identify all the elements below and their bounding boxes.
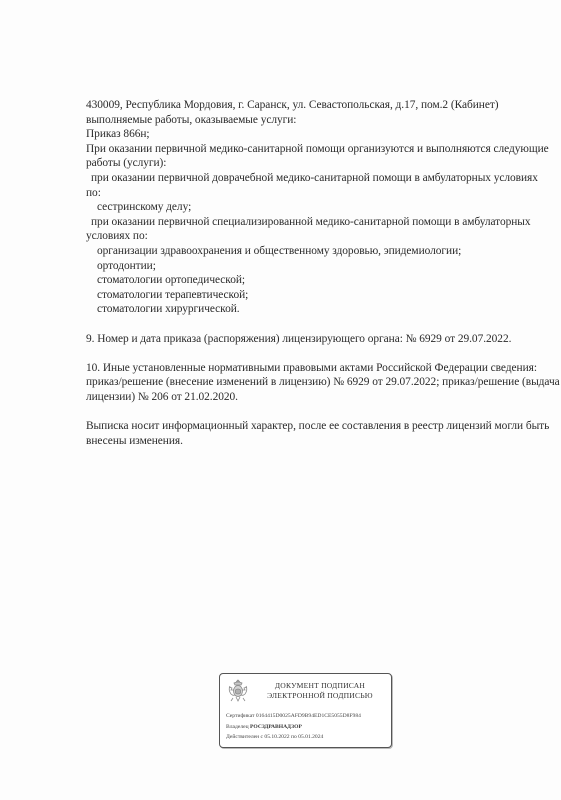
stamp-title: ДОКУМЕНТ ПОДПИСАН ЭЛЕКТРОННОЙ ПОДПИСЬЮ — [254, 681, 386, 701]
section-a-item: сестринскому делу; — [86, 200, 526, 215]
item-10-line-1: 10. Иные установленные нормативными прав… — [86, 361, 526, 376]
order-reference: Приказ 866н; — [86, 127, 526, 142]
certificate-label: Сертификат — [226, 713, 254, 719]
document-body: 430009, Республика Мордовия, г. Саранск,… — [86, 98, 526, 448]
stamp-details: Сертификат 0164415D0025AFD9B94ED1CE5055D… — [226, 711, 388, 743]
electronic-signature-stamp: ДОКУМЕНТ ПОДПИСАН ЭЛЕКТРОННОЙ ПОДПИСЬЮ С… — [219, 673, 392, 748]
stamp-title-line-1: ДОКУМЕНТ ПОДПИСАН — [254, 681, 386, 691]
item-10-line-2: приказ/решение (внесение изменений в лиц… — [86, 375, 526, 390]
certificate-value: 0164415D0025AFD9B94ED1CE5055D8F984 — [256, 713, 361, 719]
section-b-heading-continued: условиях по: — [86, 229, 526, 244]
section-b-item: стоматологии ортопедической; — [86, 273, 526, 288]
works-label: выполняемые работы, оказываемые услуги: — [86, 113, 526, 128]
section-b-item: организации здравоохранения и общественн… — [86, 244, 526, 259]
address-line: 430009, Республика Мордовия, г. Саранск,… — [86, 98, 526, 113]
stamp-title-line-2: ЭЛЕКТРОННОЙ ПОДПИСЬЮ — [254, 691, 386, 701]
owner-row: Владелец РОСЗДРАВНАДЗОР — [226, 722, 388, 733]
section-a-heading: при оказании первичной доврачебной медик… — [86, 171, 526, 186]
coat-of-arms-icon — [227, 678, 249, 704]
owner-label: Владелец — [226, 724, 249, 730]
section-b-heading: при оказании первичной специализированно… — [86, 215, 526, 230]
disclaimer-line-2: внесены изменения. — [86, 434, 526, 449]
owner-value: РОСЗДРАВНАДЗОР — [250, 724, 302, 730]
intro-text-continued: работы (услуги): — [86, 156, 526, 171]
section-b-item: ортодонтии; — [86, 259, 526, 274]
section-a-heading-continued: по: — [86, 186, 526, 201]
document-page: 430009, Республика Мордовия, г. Саранск,… — [0, 0, 561, 800]
item-10-line-3: лицензии) № 206 от 21.02.2020. — [86, 390, 526, 405]
intro-text: При оказании первичной медико-санитарной… — [86, 142, 526, 157]
item-9-order-number: 9. Номер и дата приказа (распоряжения) л… — [86, 332, 526, 347]
section-b-item: стоматологии хирургической. — [86, 302, 526, 317]
validity-row: Действителен с 05.10.2022 по 05.01.2024 — [226, 732, 388, 743]
certificate-row: Сертификат 0164415D0025AFD9B94ED1CE5055D… — [226, 711, 388, 722]
disclaimer-line-1: Выписка носит информационный характер, п… — [86, 419, 526, 434]
section-b-item: стоматологии терапевтической; — [86, 288, 526, 303]
